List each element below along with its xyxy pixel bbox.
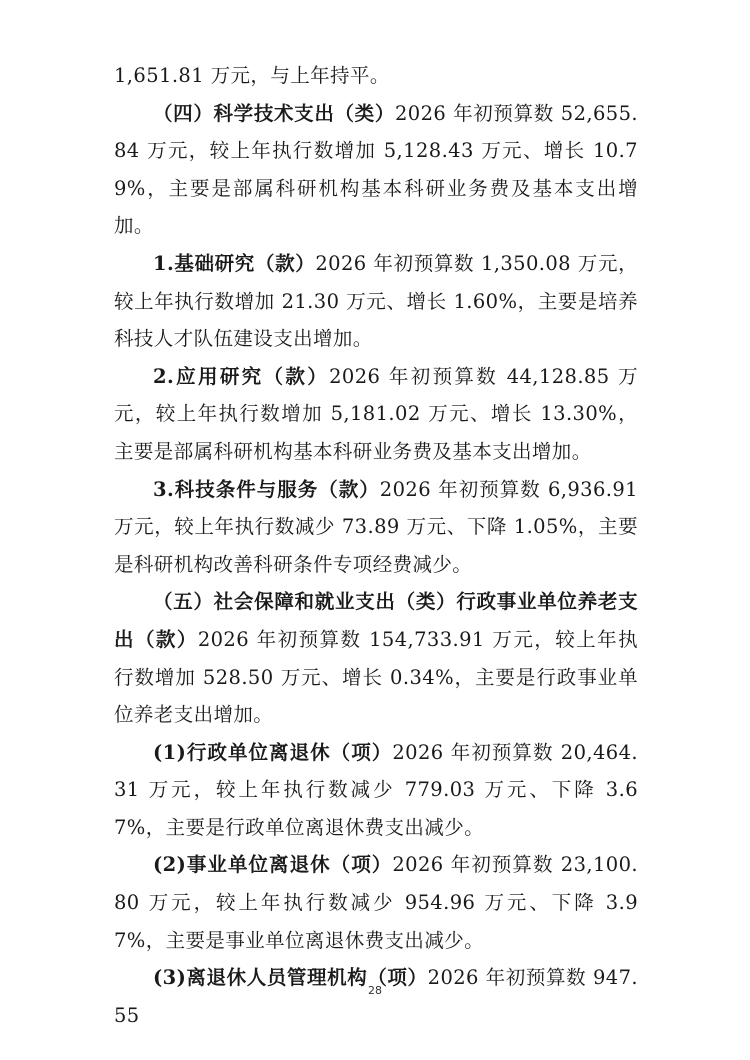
paragraph-heading: 1.基础研究（款） bbox=[153, 252, 315, 275]
paragraph-applied-research: 2.应用研究（款）2026 年初预算数 44,128.85 万元，较上年执行数增… bbox=[114, 358, 638, 471]
paragraph-basic-research: 1.基础研究（款）2026 年初预算数 1,350.08 万元，较上年执行数增加… bbox=[114, 245, 638, 358]
page-number: 28 bbox=[0, 984, 750, 997]
paragraph-admin-unit-retirement: (1)行政单位离退休（项）2026 年初预算数 20,464.31 万元，较上年… bbox=[114, 734, 638, 847]
paragraph-science-tech-expenditure: （四）科学技术支出（类）2026 年初预算数 52,655.84 万元，较上年执… bbox=[114, 95, 638, 245]
paragraph-continuation: 1,651.81 万元，与上年持平。 bbox=[114, 57, 638, 95]
paragraph-heading: （四）科学技术支出（类） bbox=[153, 102, 395, 125]
paragraph-public-institution-retirement: (2)事业单位离退休（项）2026 年初预算数 23,100.80 万元，较上年… bbox=[114, 846, 638, 959]
document-page: 1,651.81 万元，与上年持平。 （四）科学技术支出（类）2026 年初预算… bbox=[114, 57, 638, 1034]
paragraph-body: 1,651.81 万元，与上年持平。 bbox=[114, 64, 390, 87]
paragraph-tech-conditions-services: 3.科技条件与服务（款）2026 年初预算数 6,936.91 万元，较上年执行… bbox=[114, 471, 638, 584]
paragraph-heading: 3.科技条件与服务（款） bbox=[153, 478, 380, 501]
paragraph-heading: (1)行政单位离退休（项） bbox=[153, 741, 392, 764]
paragraph-social-security-employment: （五）社会保障和就业支出（类）行政事业单位养老支出（款）2026 年初预算数 1… bbox=[114, 583, 638, 733]
paragraph-heading: (2)事业单位离退休（项） bbox=[153, 853, 392, 876]
paragraph-heading: 2.应用研究（款） bbox=[153, 365, 329, 388]
